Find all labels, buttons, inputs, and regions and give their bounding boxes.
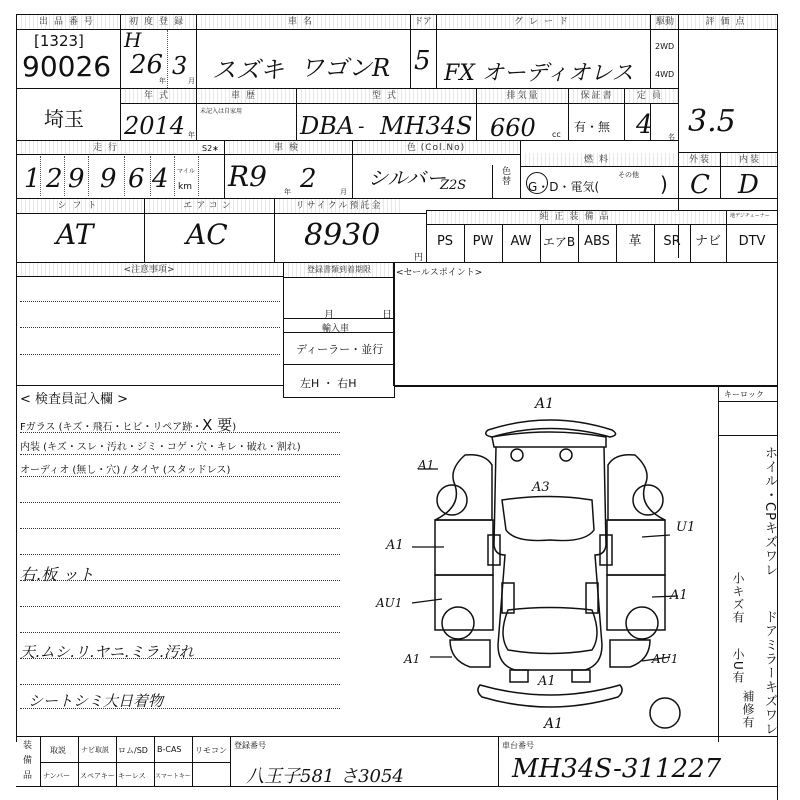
mark-left-rear-door: AU1 xyxy=(376,596,402,610)
mileage-digit-3: 9 xyxy=(68,164,85,194)
recycle-fee: 8930 xyxy=(304,218,380,253)
side-note-repair: 補修有 xyxy=(740,690,757,729)
lot-header: 出品番号 xyxy=(18,15,120,29)
equip-airbag: エアB xyxy=(540,226,578,258)
first-reg-month: 3 xyxy=(172,52,187,80)
acc-smart-key: スマートキー xyxy=(155,771,191,780)
shift-header: シフト xyxy=(18,199,142,213)
grade-header: グレード xyxy=(438,15,650,29)
equip-pw: PW xyxy=(464,226,502,258)
mark-right-rear-fender: AU1 xyxy=(652,652,678,666)
mileage-digit-5: 6 xyxy=(128,164,145,194)
capacity-header: 定員 xyxy=(626,89,678,103)
color-header: 色 (Col.No) xyxy=(354,141,518,155)
model-header: 型式 xyxy=(298,89,476,103)
plate-header: 登録番号 xyxy=(234,740,266,751)
first-reg-header: 初度登録 xyxy=(122,15,196,29)
interior-condition-line: 内装 (キズ・スレ・汚れ・ジミ・コゲ・穴・キレ・破れ・割れ) xyxy=(20,438,301,453)
interior-grade: D xyxy=(738,170,759,200)
mileage-digit-2: 2 xyxy=(46,164,63,194)
model-prefix: DBA xyxy=(300,112,354,140)
acc-manual: 取説 xyxy=(50,745,66,756)
mark-front-left-fender: A1 xyxy=(418,458,434,472)
keylock-header: キーロック xyxy=(724,389,764,400)
equip-sr: SR xyxy=(654,226,690,258)
mileage-digit-6: 4 xyxy=(152,164,169,194)
notes-header: <注意事項> xyxy=(18,263,280,277)
model-code: MH34S xyxy=(380,112,472,140)
door-count: 5 xyxy=(414,46,431,76)
aircon-value: AC xyxy=(186,218,228,251)
mark-rear-bumper: A1 xyxy=(544,716,563,732)
equip-ps: PS xyxy=(426,226,464,258)
mileage-header: 走行 xyxy=(18,141,198,155)
audio-tire-line: オーディオ (無し・穴) / タイヤ (スタッドレス) xyxy=(20,461,230,476)
recycle-header: リサイクル預託金 xyxy=(276,199,402,213)
inspector-header: < 検査員記入欄 > xyxy=(20,388,128,407)
drive-header: 駆動 xyxy=(652,15,678,29)
model-year-header: 年式 xyxy=(122,89,196,103)
doors-header: ドア xyxy=(410,15,436,29)
vehicle-type-note: 未記入は自家用 xyxy=(200,106,242,115)
lot-code: [1323] xyxy=(34,32,84,50)
mileage-digit-4: 9 xyxy=(100,164,117,194)
first-reg-era: H xyxy=(124,28,141,52)
handwritten-note-1: 右.板 ット xyxy=(20,562,94,585)
mark-right-rear-door: A1 xyxy=(670,588,688,603)
color-swap-label: 色替 xyxy=(499,166,512,186)
car-maker: スズキ xyxy=(212,50,284,85)
capacity-value: 4 xyxy=(636,110,653,140)
side-note-small-scratch: 小キズ有 xyxy=(730,572,747,624)
side-note-door-mirror: ドアミラーキズワレ xyxy=(760,610,779,736)
mark-front-bumper: A1 xyxy=(535,396,554,412)
color-name: シルバー xyxy=(368,162,446,191)
exterior-header: 外装 xyxy=(680,153,720,167)
mark-right-front-door: U1 xyxy=(676,520,695,535)
accessories-label: 装備品 xyxy=(20,740,33,785)
handwritten-note-3: シートシミ大日着物 xyxy=(28,690,163,711)
acc-rom-sd: ロム/SD xyxy=(118,745,148,756)
score-header: 評価点 xyxy=(680,15,776,29)
acc-number: ナンバー xyxy=(43,771,70,781)
equip-navi: ナビ xyxy=(690,226,726,258)
equip-dtv: DTV xyxy=(726,226,778,258)
mark-rear-panel: A1 xyxy=(538,674,556,689)
reg-deadline-header: 登録書類到着期限 xyxy=(285,263,393,277)
side-note-wheel: ホイル・CPキズワレ xyxy=(760,446,779,577)
acc-bcas: B-CAS xyxy=(157,745,182,754)
drive-4wd: 4WD xyxy=(655,70,674,79)
aircon-header: エアコン xyxy=(146,199,272,213)
import-options: ディーラー・並行 xyxy=(296,341,383,357)
fuel-header: 燃料 xyxy=(522,153,676,167)
mark-left-rear-fender: A1 xyxy=(404,652,420,666)
plate-number: 八王子581 さ3054 xyxy=(246,762,404,788)
shift-value: AT xyxy=(56,218,93,251)
mileage-digit-1: 1 xyxy=(24,164,41,194)
exterior-grade: C xyxy=(690,170,710,200)
equip-aw: AW xyxy=(502,226,540,258)
equip-abs: ABS xyxy=(578,226,616,258)
lot-number: 90026 xyxy=(22,50,111,83)
car-model: ワゴンR xyxy=(300,48,390,83)
chassis-number: MH34S-311227 xyxy=(512,754,721,784)
shaken-header: 車検 xyxy=(226,141,352,155)
acc-keyless: キーレス xyxy=(118,771,146,781)
color-code: Z2S xyxy=(440,178,466,193)
grade-value: FX オーディオレス xyxy=(444,56,634,87)
interior-header: 内装 xyxy=(724,153,776,167)
acc-spare-key: スペアキー xyxy=(80,771,115,781)
drive-2wd: 2WD xyxy=(655,42,674,51)
shaken-month: 2 xyxy=(300,164,317,194)
handwritten-note-2: 天.ムシ.リ.ヤニ.ミラ.汚れ xyxy=(20,641,194,662)
shaken-era-year: R9 xyxy=(228,160,267,193)
displacement-value: 660 xyxy=(490,114,536,142)
handle-options: 左H ・ 右H xyxy=(300,375,357,391)
equipment-header: 純正装備品 xyxy=(428,210,726,224)
model-year: 2014 xyxy=(124,112,185,140)
car-name-header: 車名 xyxy=(198,15,408,29)
mark-hood: A3 xyxy=(532,480,550,495)
fuel-selected-circle xyxy=(526,172,548,194)
warranty-options: 有・無 xyxy=(574,118,610,135)
acc-remote: リモコン xyxy=(195,745,227,756)
tuner-header: 地デジチューナー xyxy=(730,212,770,219)
chassis-header: 車台番号 xyxy=(502,740,534,751)
vehicle-type-header: 車歴 xyxy=(198,89,294,103)
score-value: 3.5 xyxy=(688,104,736,139)
mileage-extra: S2∗ xyxy=(202,144,219,153)
equip-leather: 革 xyxy=(616,226,654,258)
mark-left-front-door: A1 xyxy=(386,538,404,553)
side-note-small-u: 小U有 xyxy=(730,648,747,684)
sales-point-header: <セールスポイント> xyxy=(396,265,482,278)
acc-navi-manual: ナビ取説 xyxy=(81,745,109,755)
region: 埼玉 xyxy=(44,103,84,132)
displacement-header: 排気量 xyxy=(478,89,568,103)
warranty-header: 保証書 xyxy=(570,89,624,103)
